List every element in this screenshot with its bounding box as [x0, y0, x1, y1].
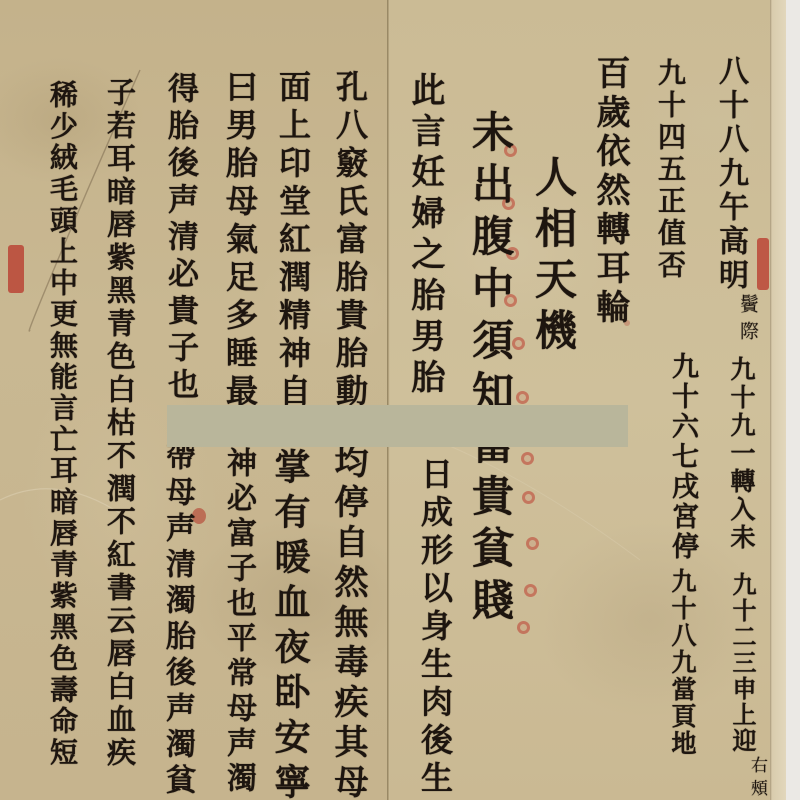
text-column: 神必富子也平常母声濁 — [223, 447, 253, 797]
text-column: 均停自然無毒疾其母 — [331, 444, 365, 800]
text-column: 九十二三申上迎 — [730, 572, 754, 754]
text-column: 九十九一轉入未 — [729, 356, 754, 552]
text-column: 曰男胎母氣足多睡最 — [224, 70, 256, 412]
red-punctuation-mark — [517, 621, 530, 634]
text-column: 九十六七戌宮停 — [669, 352, 696, 562]
text-column: 九十四五正值否 — [656, 58, 684, 282]
text-column: 稀少絨毛頭上中更無能言亡耳暗唇青紫黑色壽命短 — [48, 80, 76, 769]
text-column: 帶母声清濁胎後声濁貧 — [162, 440, 192, 800]
page-edge — [770, 0, 786, 800]
text-column: 日成形以身生肉後生 — [419, 457, 451, 799]
text-column: 未出腹中須知富貴貧賤 — [469, 110, 511, 630]
book-spine-fold — [387, 0, 390, 800]
text-column: 面上印堂紅潤精神自 — [277, 70, 309, 412]
text-column: 八十八九午高明 — [715, 55, 745, 293]
text-column: 百歲依然轉耳輪 — [593, 55, 627, 328]
text-annotation-small: 鬢際 — [738, 294, 757, 348]
red-punctuation-mark — [522, 491, 535, 504]
text-column: 孔八竅氏富胎貴胎動 — [334, 70, 366, 412]
text-annotation-small: 右頰 — [748, 756, 765, 800]
red-seal-mark-right — [757, 238, 769, 290]
red-seal-mark-left — [8, 245, 24, 293]
red-punctuation-mark — [524, 584, 537, 597]
text-column: 此言妊婦之胎男胎 — [408, 72, 442, 400]
background-margin — [786, 0, 800, 800]
text-column: 掌有暖血夜卧安寧 — [272, 448, 308, 800]
text-column: 九十八九當頁地 — [670, 568, 695, 757]
red-punctuation-mark — [521, 452, 534, 465]
red-punctuation-mark — [516, 391, 529, 404]
text-column: 子若耳暗唇紫黑青色白枯不潤不紅書云唇白血疾 — [105, 77, 134, 770]
redaction-bar — [167, 405, 628, 447]
document-title: 人相天機 — [532, 155, 574, 359]
text-column: 得胎後声清必貴子也 — [164, 72, 195, 405]
red-punctuation-mark — [526, 537, 539, 550]
